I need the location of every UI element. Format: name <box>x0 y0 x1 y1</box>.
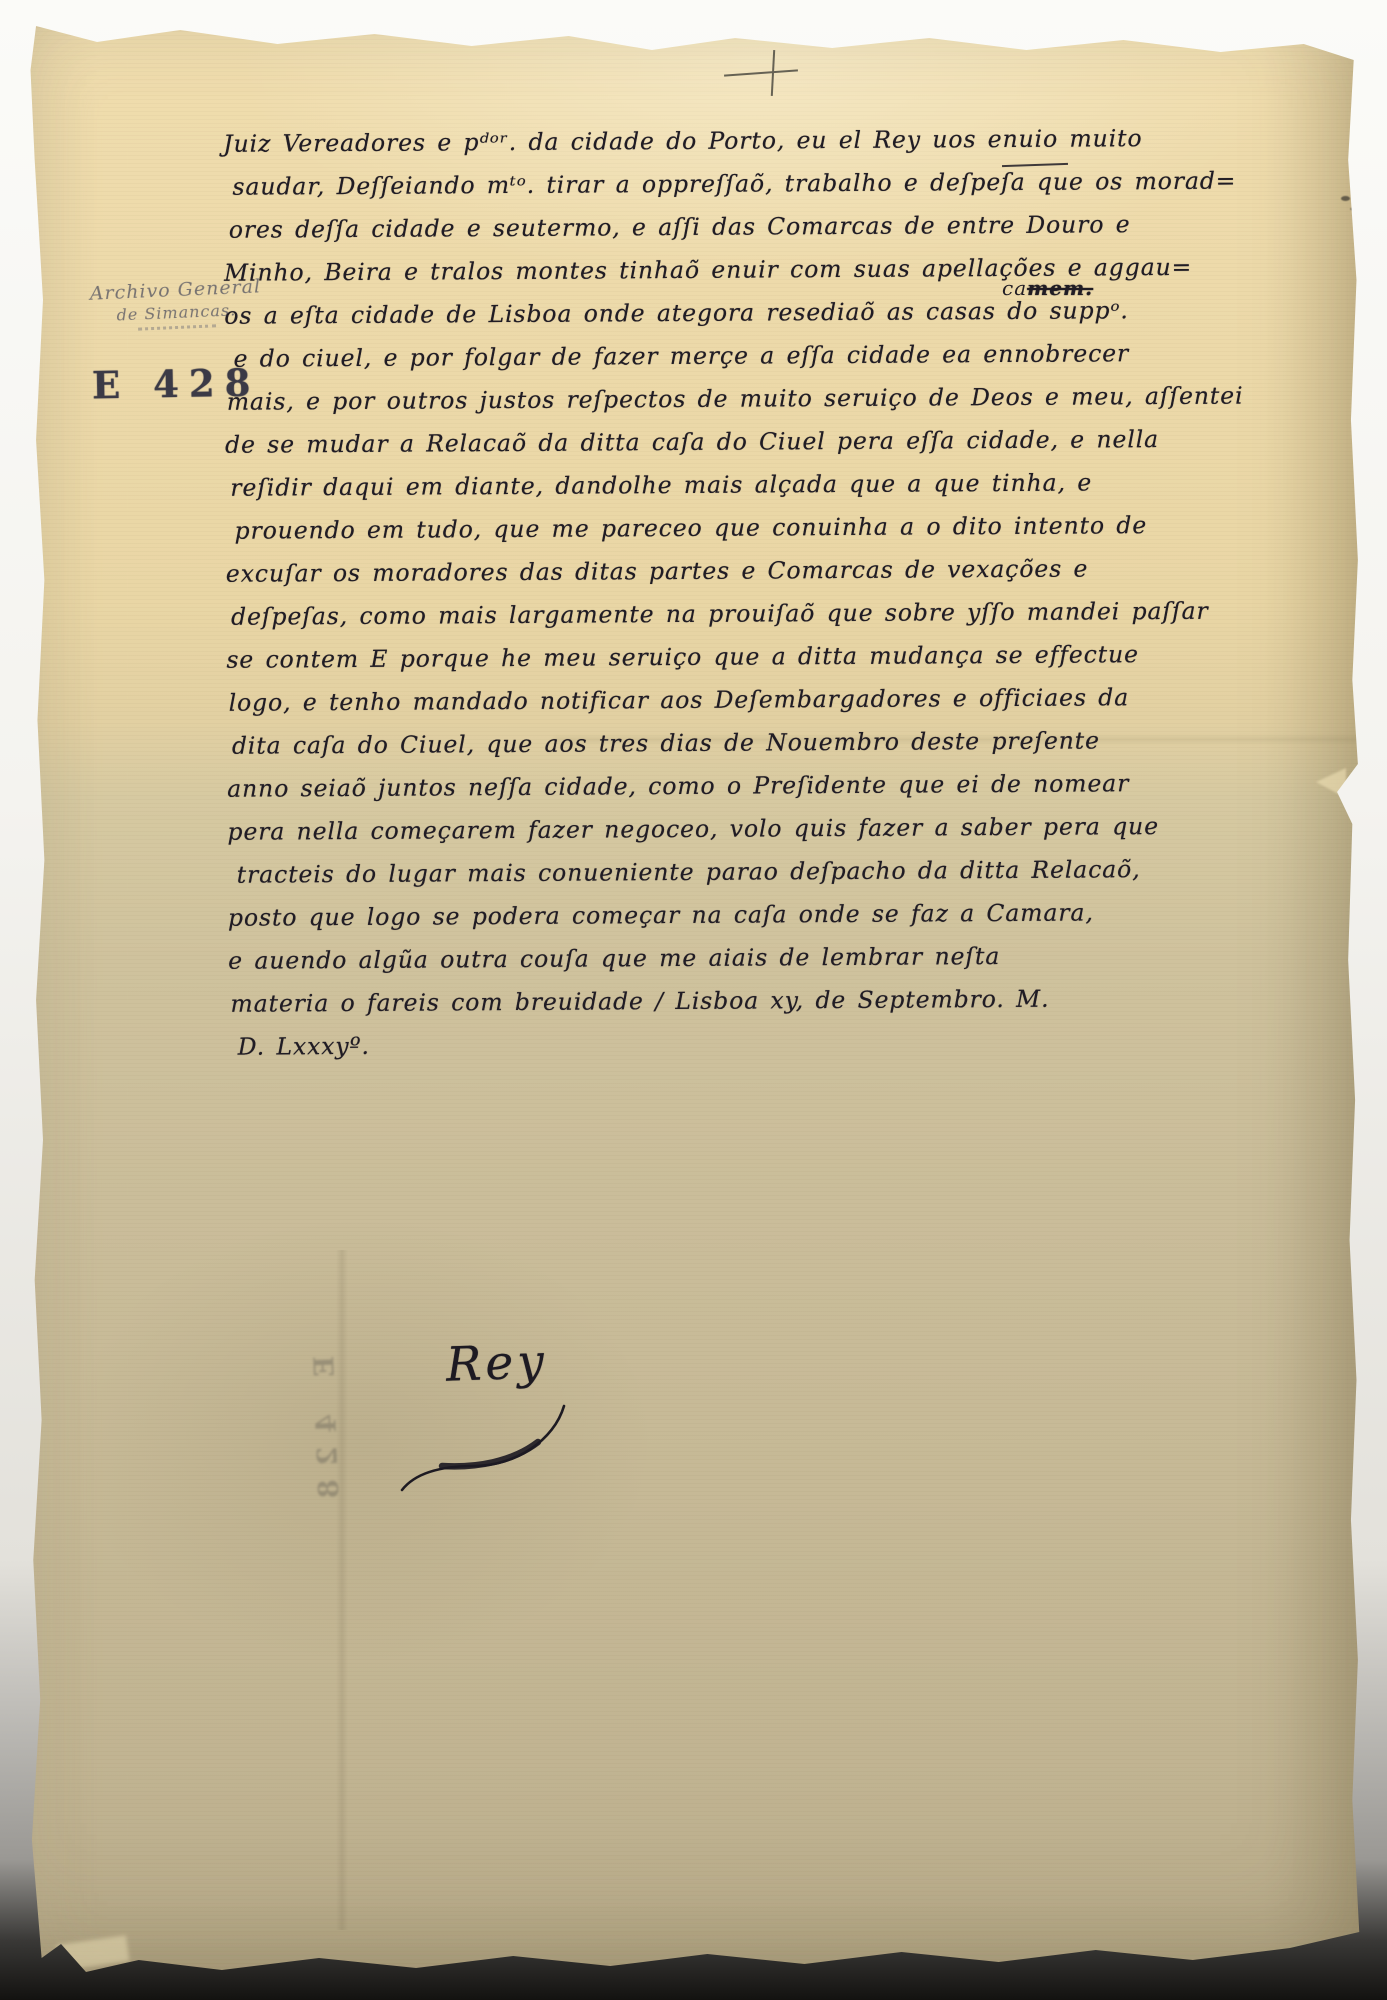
manuscript-line: e do ciuel, e por folgar de fazer merçe … <box>233 332 1124 380</box>
manuscript-line: ores deſſa cidade e seutermo, e aſſi das… <box>229 203 1124 251</box>
manuscript-page: Archivo General de Simancas. E 428 Juiz … <box>0 0 1387 2000</box>
stamp-underline <box>138 324 216 330</box>
correction-struck: mem. <box>1027 276 1093 300</box>
manuscript-line: tracteis do lugar mais conueniente parao… <box>237 848 1128 896</box>
ink-speck <box>1341 196 1350 201</box>
signature-flourish-icon <box>398 1402 578 1502</box>
fold-shadow <box>336 1250 348 1930</box>
manuscript-line: deſpeſas, como mais largamente na prouiſ… <box>231 590 1126 638</box>
photo-background: Archivo General de Simancas. E 428 Juiz … <box>0 0 1387 2000</box>
manuscript-line: anno seiaõ juntos neſſa cidade, como o P… <box>227 762 1127 810</box>
torn-corner-tab <box>57 1935 130 1970</box>
manuscript-line: os a eſta cidade de Lisboa onde ategora … <box>224 289 1124 337</box>
manuscript-line: de se mudar a Relacaõ da ditta caſa do C… <box>225 418 1125 466</box>
cross-horizontal-stroke <box>724 69 798 76</box>
manuscript-line: mais, e por outros justos reſpectos de m… <box>227 375 1125 423</box>
manuscript-line: materia o fareis com breuidade / Lisboa … <box>230 977 1128 1025</box>
letter-body: Juiz Vereadores e pᵈᵒʳ. da cidade do Por… <box>223 117 1129 1068</box>
manuscript-line: reſidir daqui em diante, dandolhe mais a… <box>230 461 1125 509</box>
manuscript-line: prouendo em tudo, que me pareceo que con… <box>234 504 1125 552</box>
manuscript-line: excuſar os moradores das ditas partes e … <box>226 547 1126 595</box>
manuscript-line: e auendo algũa outra couſa que me aiais … <box>228 934 1128 982</box>
interlinear-correction: camem. <box>1002 276 1093 300</box>
royal-signature: Rey <box>445 1334 549 1393</box>
cross-mark-icon <box>722 46 802 102</box>
manuscript-line: posto que logo se podera começar na caſa… <box>228 891 1128 939</box>
manuscript-line: dita caſa do Ciuel, que aos tres dias de… <box>232 719 1127 767</box>
correction-normal: ca <box>1002 276 1027 300</box>
torn-edge-flap <box>1316 768 1346 798</box>
manuscript-line: Juiz Vereadores e pᵈᵒʳ. da cidade do Por… <box>223 117 1123 165</box>
manuscript-line: logo, e tenho mandado notificar aos Deſe… <box>229 676 1127 724</box>
manuscript-line: pera nella começarem fazer negoceo, volo… <box>227 805 1127 853</box>
manuscript-line: saudar, Deſſeiando mᵗᵒ. tirar a oppreſſa… <box>232 160 1123 208</box>
ink-speck <box>1350 207 1362 211</box>
bleedthrough-stamp: E 428 <box>309 1356 346 1517</box>
manuscript-line: Minho, Beira e tralos montes tinhaõ enui… <box>224 246 1124 294</box>
manuscript-line: se contem E porque he meu seruiço que a … <box>226 633 1126 681</box>
manuscript-line: D. Lxxxyº. <box>238 1020 1129 1068</box>
